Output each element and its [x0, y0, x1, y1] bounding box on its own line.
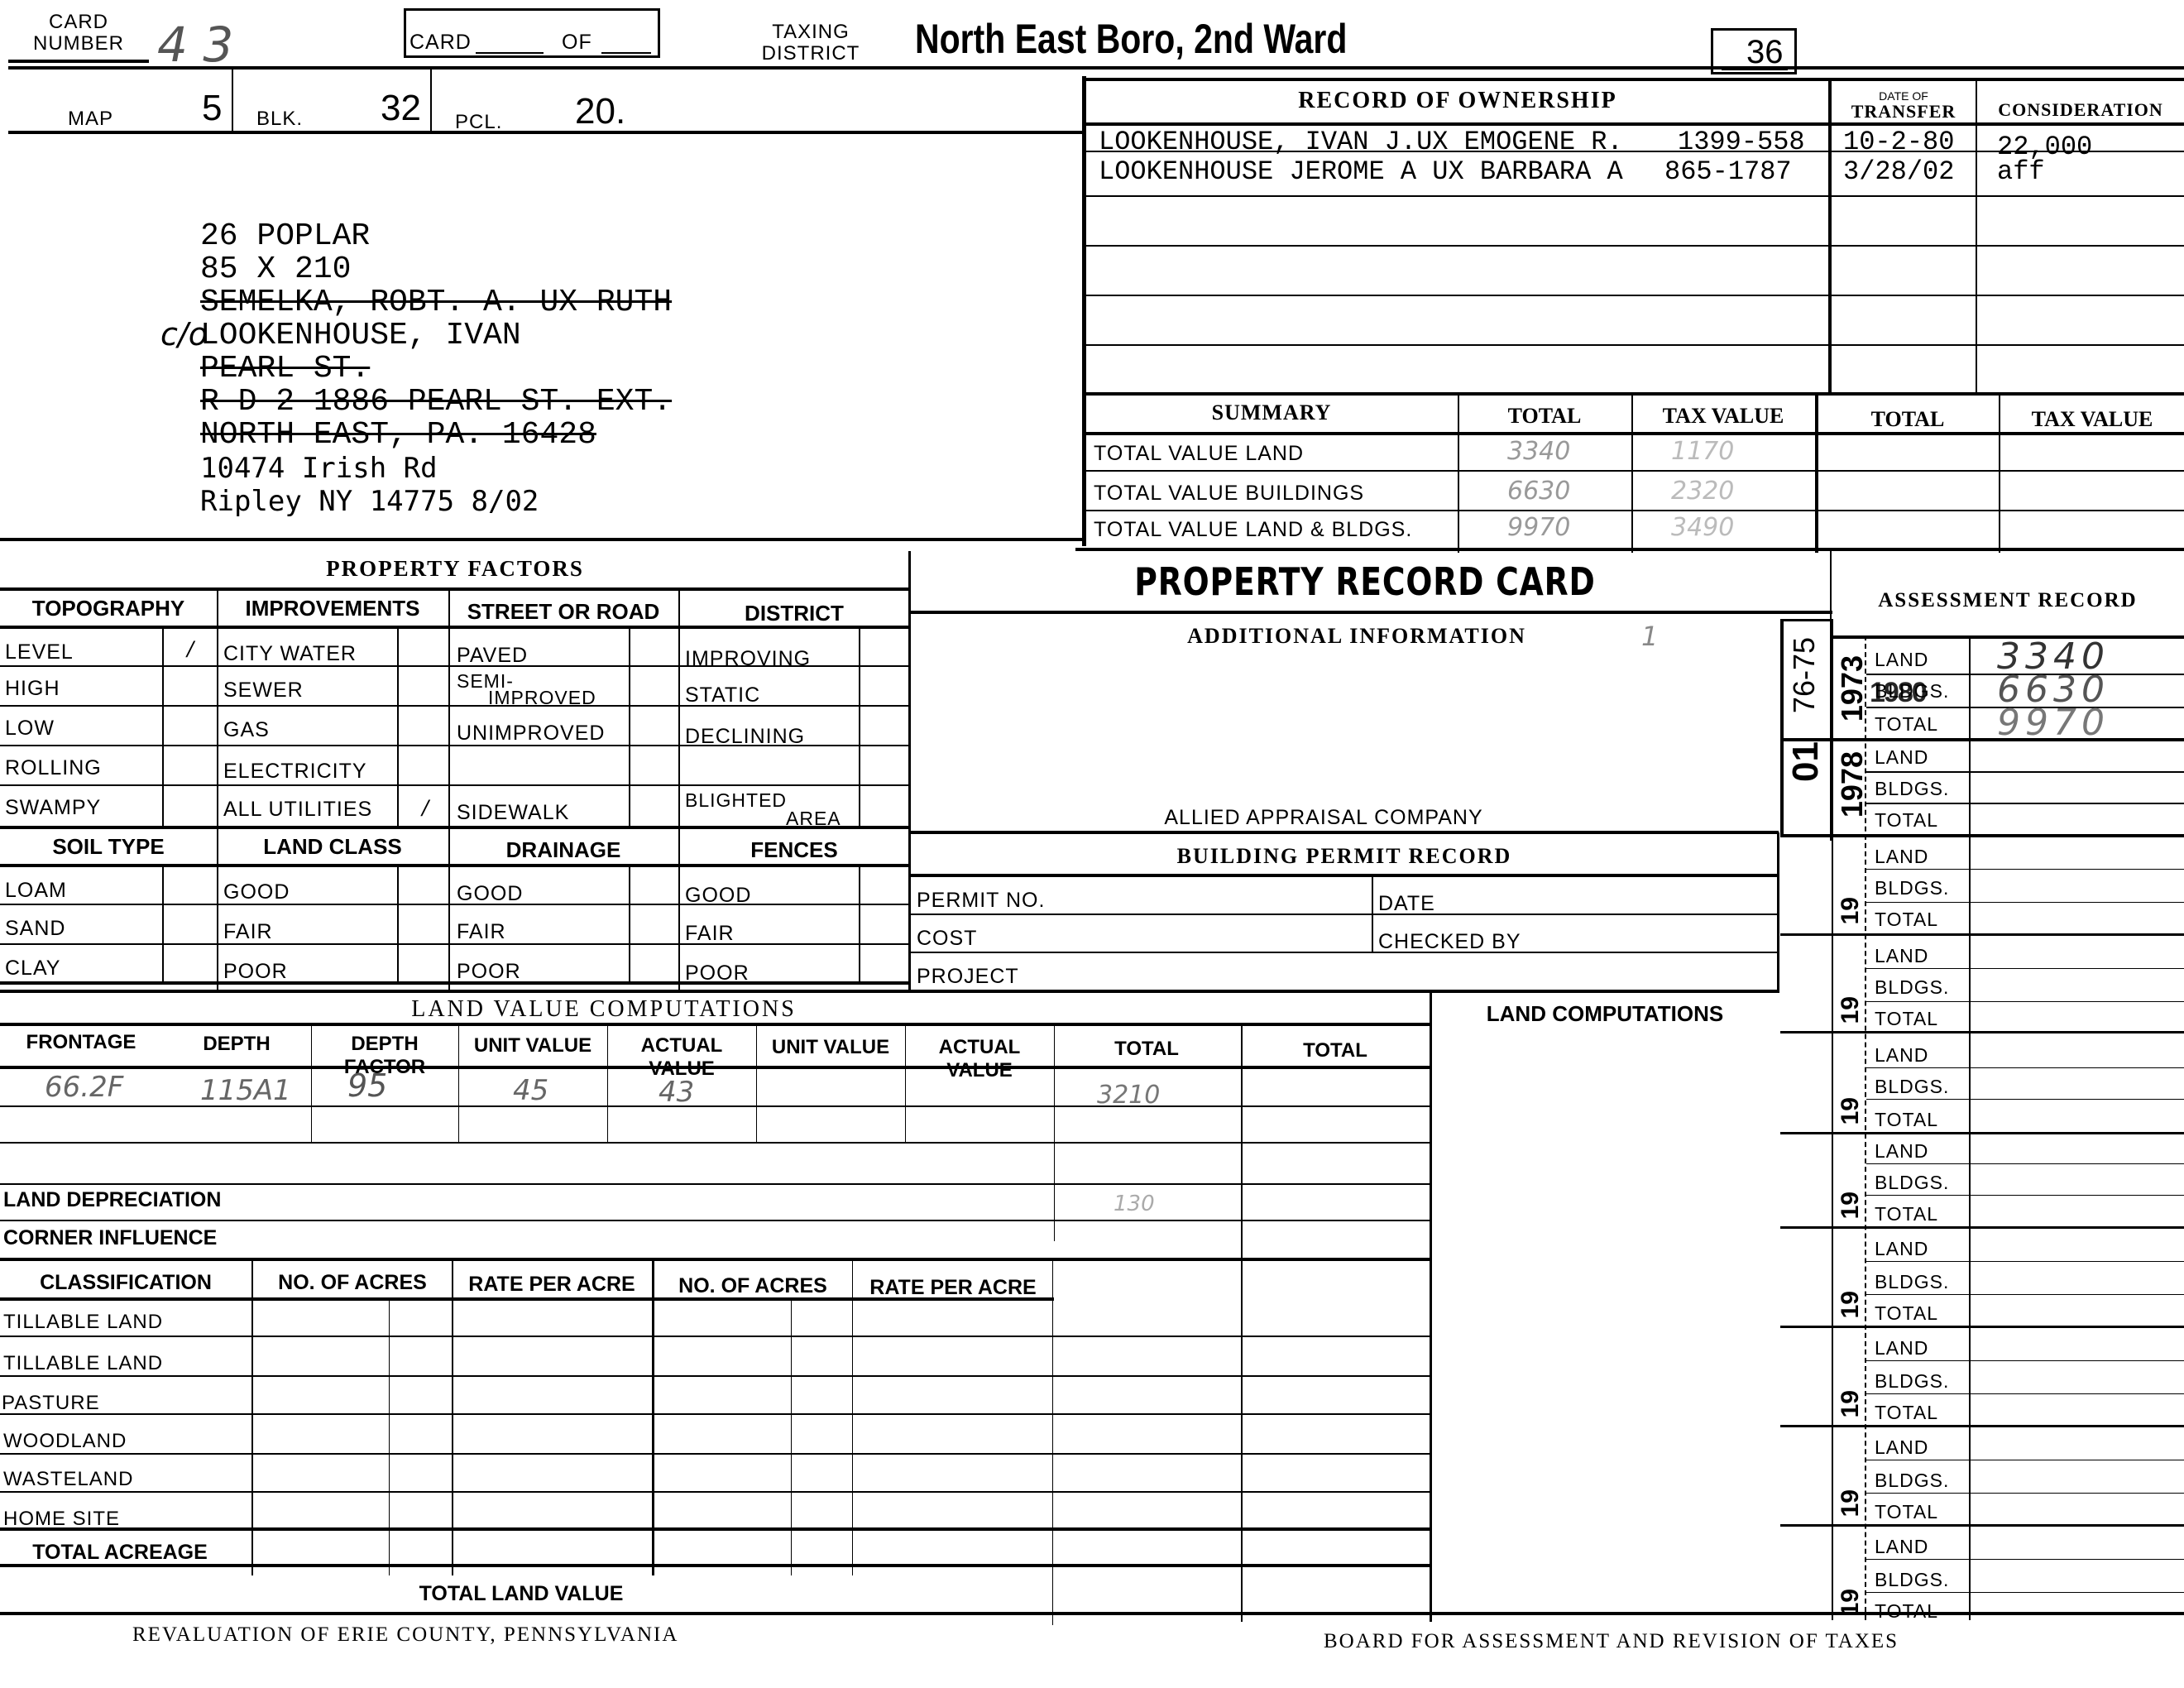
owner-name: LOOKENHOUSE JEROME A UX BARBARA A — [1099, 157, 1623, 187]
col-rate-per-acre: RATE PER ACRE — [452, 1273, 652, 1297]
address-line-7: NORTH EAST, PA. 16428 — [200, 419, 672, 452]
soil-clay: CLAY — [5, 957, 60, 981]
summary-combined-tax: 3490 — [1671, 513, 1734, 542]
ownership-row-1: LOOKENHOUSE, IVAN J.UX EMOGENE R. 1399-5… — [1099, 127, 2174, 157]
permit-no-field[interactable]: PERMIT NO. — [917, 889, 1045, 913]
address-line-5: PEARL ST. — [200, 352, 672, 386]
district-static: STATIC — [685, 683, 760, 707]
assessment-year-9: 19 — [1837, 1489, 1865, 1517]
card-of-box: CARD OF — [404, 8, 660, 58]
assessment-total-label: TOTAL — [1875, 1501, 1938, 1523]
ownership-row-2: LOOKENHOUSE JEROME A UX BARBARA A 865-17… — [1099, 157, 2174, 187]
address-line-8: 10474 Irish Rd — [200, 452, 672, 485]
ownership-title: RECORD OF OWNERSHIP — [1085, 88, 1830, 114]
col-frontage: FRONTAGE — [0, 1031, 162, 1054]
card-number-value: 4 3 — [157, 17, 233, 73]
permit-project-field[interactable]: PROJECT — [917, 965, 1019, 989]
address-line: 26 POPLAR 85 X 210 SEMELKA, ROBT. A. UX … — [200, 220, 672, 518]
assessment-total-label: TOTAL — [1875, 909, 1938, 931]
footer-board: BOARD FOR ASSESSMENT AND REVISION OF TAX… — [1324, 1630, 1899, 1653]
assessment-bldgs-label: BLDGS. — [1875, 1076, 1949, 1098]
summary-land-total: 3340 — [1507, 437, 1570, 466]
col-actual-value: ACTUAL VALUE — [607, 1034, 756, 1081]
topo-rolling: ROLLING — [5, 756, 102, 780]
permit-cost-field[interactable]: COST — [917, 927, 977, 951]
consideration-header: CONSIDERATION — [1977, 99, 2184, 121]
col-actual-value-2: ACTUAL VALUE — [905, 1036, 1054, 1082]
topo-swampy: SWAMPY — [5, 796, 101, 820]
drainage-header: DRAINAGE — [448, 837, 678, 863]
summary-row-land: TOTAL VALUE LAND — [1094, 442, 1304, 466]
summary-combined-total: 9970 — [1507, 513, 1570, 542]
land-class-good: GOOD — [223, 880, 290, 904]
col-total-2: TOTAL — [1241, 1039, 1430, 1062]
drainage-fair: FAIR — [457, 920, 506, 944]
summary-row-buildings: TOTAL VALUE BUILDINGS — [1094, 482, 1364, 506]
street-paved: PAVED — [457, 644, 528, 668]
assessment-year-3: 19 — [1837, 897, 1865, 924]
assessment-year-5: 19 — [1837, 1097, 1865, 1125]
taxing-district-label: TAXING DISTRICT — [753, 22, 869, 65]
assessment-total-label: TOTAL — [1875, 1203, 1938, 1225]
land-value-header-row: FRONTAGE DEPTH DEPTH FACTOR UNIT VALUE A… — [0, 1026, 1431, 1067]
col-no-acres-2: NO. OF ACRES — [654, 1274, 852, 1298]
assessment-total-label: TOTAL — [1875, 1402, 1938, 1424]
land-depreciation-total[interactable]: 130 — [1114, 1192, 1155, 1216]
soil-loam: LOAM — [5, 879, 67, 903]
address-line-9: Ripley NY 14775 8/02 — [200, 485, 672, 518]
ownership-row: LOOKENHOUSE, IVAN J.UX EMOGENE R. 1399-5… — [1099, 127, 2174, 187]
assessment-bldgs-label: BLDGS. — [1875, 1470, 1949, 1492]
total-acreage-label: TOTAL ACREAGE — [0, 1541, 240, 1565]
assessment-bldgs-label: BLDGS. — [1875, 877, 1949, 899]
assessment-total-label: TOTAL — [1875, 1109, 1938, 1131]
street-sidewalk: SIDEWALK — [457, 801, 569, 825]
assessment-year-8: 19 — [1837, 1390, 1865, 1417]
assessment-bldgs-label: BLDGS. — [1875, 1172, 1949, 1194]
additional-info-mark: 1 — [1641, 621, 1658, 652]
assessment-year-1: 1973 — [1835, 655, 1870, 722]
map-value: 5 — [202, 88, 222, 129]
card-number-label: CARD NUMBER — [17, 12, 141, 55]
additional-info-label: ADDITIONAL INFORMATION — [1158, 624, 1555, 649]
assessment-title: ASSESSMENT RECORD — [1832, 589, 2184, 612]
assessment-total-label: TOTAL — [1875, 1302, 1938, 1325]
land-value-title: LAND VALUE COMPUTATIONS — [0, 996, 1208, 1023]
address-line-3: SEMELKA, ROBT. A. UX RUTH — [200, 286, 672, 319]
topo-low: LOW — [5, 717, 55, 741]
drainage-good: GOOD — [457, 882, 523, 906]
district-area: AREA — [786, 808, 841, 830]
drainage-poor: POOR — [457, 960, 521, 984]
col-unit-value-2: UNIT VALUE — [756, 1036, 905, 1059]
assessment-land-label: LAND — [1875, 1238, 1928, 1260]
assessment-total-label: TOTAL — [1875, 713, 1938, 736]
taxing-district-value: North East Boro, 2nd Ward — [915, 15, 1347, 63]
summary-col-total: TOTAL — [1458, 404, 1631, 429]
deed-ref: 1399-558 — [1678, 127, 1805, 157]
date-transfer-header: TRANSFER — [1832, 101, 1976, 122]
col-total: TOTAL — [1054, 1038, 1239, 1061]
assessment-side-stamp-1: 76-75 — [1787, 637, 1822, 713]
topography-header: TOPOGRAPHY — [0, 596, 217, 621]
map-label: MAP — [68, 108, 113, 131]
card-label: CARD — [409, 31, 472, 55]
imp-electricity: ELECTRICITY — [223, 760, 367, 784]
class-tillable-2: TILLABLE LAND — [3, 1352, 163, 1375]
blk-label: BLK. — [256, 108, 303, 131]
assessment-land-label: LAND — [1875, 1536, 1928, 1558]
property-factors-title: PROPERTY FACTORS — [0, 556, 910, 582]
of-label: OF — [562, 31, 592, 55]
transfer-date: 3/28/02 — [1843, 157, 1954, 187]
building-permit-title: BUILDING PERMIT RECORD — [910, 844, 1779, 869]
assessment-land-label: LAND — [1875, 1044, 1928, 1067]
depth-factor-value[interactable]: 95 — [347, 1067, 387, 1104]
pcl-value: 20. — [575, 91, 625, 132]
land-class-fair: FAIR — [223, 920, 273, 944]
unit-value-value[interactable]: 45 — [513, 1074, 548, 1107]
topo-high: HIGH — [5, 677, 60, 701]
owner-name: LOOKENHOUSE, IVAN J.UX EMOGENE R. — [1099, 127, 1623, 157]
consideration: aff — [1997, 157, 2045, 187]
soil-sand: SAND — [5, 917, 65, 941]
permit-checked-by-field[interactable]: CHECKED BY — [1378, 930, 1521, 954]
col-no-acres: NO. OF ACRES — [253, 1271, 452, 1295]
blk-value: 32 — [381, 88, 421, 129]
assessment-year-4: 19 — [1837, 996, 1865, 1024]
summary-col-tax2: TAX VALUE — [2000, 407, 2184, 432]
deed-ref: 865-1787 — [1664, 157, 1792, 187]
fences-header: FENCES — [678, 837, 910, 863]
address-line-4: LOOKENHOUSE, IVAN — [200, 319, 672, 352]
assessment-bldgs-label: BLDGS. — [1875, 1271, 1949, 1293]
footer-revaluation: REVALUATION OF ERIE COUNTY, PENNSYLVANIA — [132, 1623, 678, 1647]
street-improved: IMPROVED — [488, 687, 596, 709]
assessment-bldgs-label: BLDGS. — [1875, 778, 1949, 800]
fences-poor: POOR — [685, 961, 750, 985]
district-header: DISTRICT — [678, 601, 910, 626]
land-depreciation-label: LAND DEPRECIATION — [3, 1188, 221, 1212]
card-number-label-text: CARD NUMBER — [33, 11, 124, 55]
summary-col-tax: TAX VALUE — [1631, 404, 1815, 429]
assessment-stamp-1980: 1980 — [1870, 677, 1926, 709]
assessment-total-label: TOTAL — [1875, 809, 1938, 832]
transfer-date: 10-2-80 — [1843, 127, 1954, 157]
col-rate-per-acre-2: RATE PER ACRE — [852, 1276, 1054, 1300]
assessment-land-label: LAND — [1875, 746, 1928, 769]
street-header: STREET OR ROAD — [448, 599, 678, 625]
corner-influence-label: CORNER INFLUENCE — [3, 1226, 217, 1250]
district-blighted: BLIGHTED — [685, 789, 787, 812]
imp-city-water: CITY WATER — [223, 642, 357, 666]
improvements-header: IMPROVEMENTS — [217, 596, 448, 621]
assessment-side-stamp-2: 01 — [1785, 741, 1827, 782]
class-tillable-1: TILLABLE LAND — [3, 1311, 163, 1334]
class-pasture: PASTURE — [2, 1392, 100, 1415]
street-unimproved: UNIMPROVED — [457, 722, 605, 746]
assessment-land-label: LAND — [1875, 1140, 1928, 1163]
col-depth: DEPTH — [162, 1033, 311, 1056]
address-line-1: 26 POPLAR — [200, 220, 672, 253]
frontage-value[interactable]: 66.2F — [45, 1071, 123, 1104]
land-class-header: LAND CLASS — [217, 834, 448, 860]
land-class-poor: POOR — [223, 960, 288, 984]
district-declining: DECLINING — [685, 725, 805, 749]
address-line-2: 85 X 210 — [200, 253, 672, 286]
total-land-value-label: TOTAL LAND VALUE — [248, 1582, 794, 1606]
assessment-land-label: LAND — [1875, 649, 1928, 671]
assessment-year-6: 19 — [1837, 1192, 1865, 1219]
soil-header: SOIL TYPE — [0, 834, 217, 860]
assessment-land-label: LAND — [1875, 1337, 1928, 1360]
topo-level-check[interactable]: / — [187, 637, 194, 660]
summary-col-total2: TOTAL — [1817, 407, 1999, 432]
assessment-land-label: LAND — [1875, 945, 1928, 967]
fences-fair: FAIR — [685, 922, 735, 946]
imp-sewer: SEWER — [223, 679, 304, 703]
assessment-bldgs-label: BLDGS. — [1875, 1569, 1949, 1591]
col-unit-value: UNIT VALUE — [458, 1034, 607, 1057]
assessment-land-label: LAND — [1875, 846, 1928, 868]
assessment-total-label: TOTAL — [1875, 1008, 1938, 1030]
permit-date-field[interactable]: DATE — [1378, 892, 1435, 916]
imp-all-utilities: ALL UTILITIES — [223, 798, 372, 822]
class-wasteland: WASTELAND — [3, 1468, 133, 1491]
imp-gas: GAS — [223, 718, 270, 742]
record-card-title: PROPERTY RECORD CARD — [992, 559, 1738, 604]
actual-value-value[interactable]: 43 — [659, 1076, 694, 1109]
fences-good: GOOD — [685, 884, 751, 908]
appraisal-company: ALLIED APPRAISAL COMPANY — [1075, 806, 1572, 830]
summary-buildings-tax: 2320 — [1671, 477, 1734, 506]
district-improving: IMPROVING — [685, 647, 811, 671]
assessment-bldgs-label: BLDGS. — [1875, 1370, 1949, 1393]
assessment-land-label: LAND — [1875, 1436, 1928, 1459]
col-classification: CLASSIFICATION — [0, 1271, 251, 1295]
summary-buildings-total: 6630 — [1507, 477, 1570, 506]
assessment-bldgs-label: BLDGS. — [1875, 976, 1949, 999]
class-woodland: WOODLAND — [3, 1430, 127, 1453]
assessment-year-2: 1978 — [1835, 751, 1870, 818]
land-computations-title: LAND COMPUTATIONS — [1431, 1001, 1779, 1027]
address-line-6: R D 2 1886 PEARL ST. EXT. — [200, 386, 672, 419]
summary-land-tax: 1170 — [1671, 437, 1734, 466]
assessment-year-7: 19 — [1837, 1291, 1865, 1318]
topo-level: LEVEL — [5, 640, 74, 664]
summary-row-total: TOTAL VALUE LAND & BLDGS. — [1094, 518, 1412, 542]
imp-all-utilities-check[interactable]: / — [422, 796, 429, 819]
summary-title: SUMMARY — [1085, 400, 1458, 425]
depth-value[interactable]: 115A1 — [200, 1074, 291, 1107]
